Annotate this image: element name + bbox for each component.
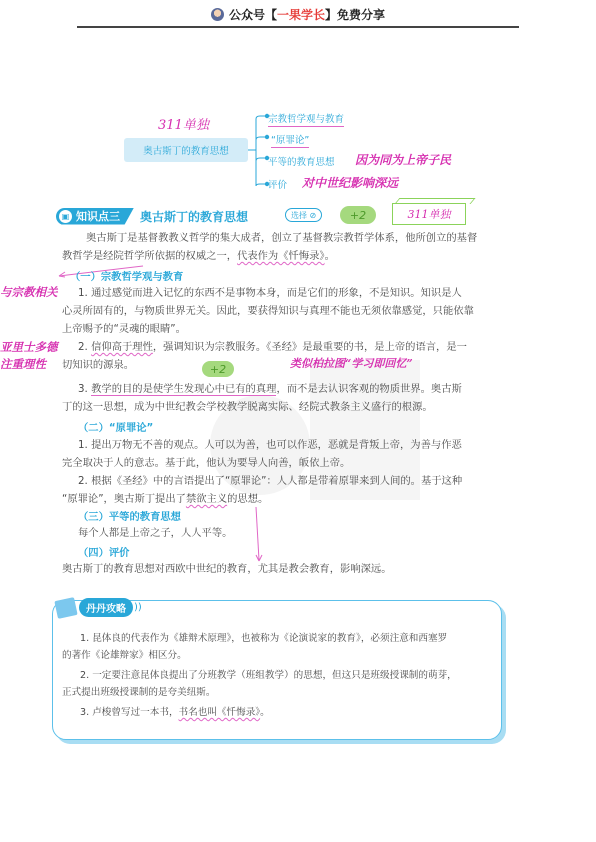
p2-rest: ，强调知识为宗教服务。《圣经》是最重要的书，是上帝的语言，是一: [153, 341, 467, 353]
arrow-down-annotation: [252, 505, 264, 565]
tip-1-line1: 1. 昆体良的代表作为《雄辩术原理》，也被称为《论演说家的教育》，必须注意和西塞…: [80, 630, 447, 647]
inline-note-plato: 类似柏拉图“学习即回忆”: [290, 355, 413, 371]
sub2-end: 的思想。: [227, 493, 268, 505]
signal-icon: )): [134, 602, 142, 613]
mindmap-branch-3: 平等的教育思想: [268, 154, 335, 168]
intro-line-1: 奥古斯丁是基督教教义哲学的集大成者，创立了基督教宗教哲学体系，他所创立的基督: [86, 229, 477, 247]
mindmap-branch-2: “原罪论”: [271, 132, 309, 148]
mindmap-branch-1: 宗教哲学观与教育: [268, 111, 344, 127]
question-type-tag: 选择 ⊘: [285, 208, 322, 222]
p2-num: 2.: [78, 341, 91, 353]
tip-2-line1: 2. 一定要注意昆体良提出了分班教学（班组教学）的思想，但这只是班级授课制的萌芽…: [80, 667, 457, 684]
margin-note-reason: 注重理性: [0, 356, 46, 372]
intro-text: 教哲学是经院哲学所依据的权威之一，: [62, 250, 237, 262]
tip-1-line2: 的著作《论雄辩家》相区分。: [62, 647, 187, 664]
subsection-4-title: （四）评价: [78, 544, 129, 559]
notepad-icon: [54, 597, 77, 619]
intro-end: 。: [325, 250, 335, 262]
margin-note-religion: 与宗教相关: [0, 284, 58, 300]
intro-line-2: 教哲学是经院哲学所依据的权威之一，代表作为《忏悔录》。: [62, 247, 335, 265]
tip-3: 3. 卢梭曾写过一本书，书名也叫《忏悔录》。: [80, 704, 270, 721]
page-header: 公众号【一果学长】免费分享: [0, 4, 596, 24]
sub2-text: “原罪论”，奥古斯丁提出了: [62, 493, 186, 505]
header-divider: [77, 26, 519, 28]
subsection-1-title: （一）宗教哲学观与教育: [70, 268, 183, 283]
sub2-p2-line1: 2. 根据《圣经》中的言语提出了“原罪论”：人人都是带着原罪来到人间的。基于这种: [78, 472, 462, 490]
sub2-p2-line2: “原罪论”，奥古斯丁提出了禁欲主义的思想。: [62, 490, 268, 508]
sub1-p3-line2: 丁的这一思想，成为中世纪教会学校教学脱离实际、经院式教条主义盛行的根源。: [62, 398, 433, 416]
sub1-p2-line2: 切知识的源泉。: [62, 356, 134, 374]
p3-highlight: 教学的目的是使学生发现心中已有的真理: [91, 383, 276, 396]
sub2-p1-line1: 1. 提出万物无不善的观点。人可以为善，也可以作恶，恶就是背叛上帝，为善与作恶: [78, 436, 462, 454]
score-badge: +2: [340, 206, 376, 224]
tips-header: 丹丹攻略 )): [56, 598, 142, 617]
section-badge: ▣ 知识点三: [56, 208, 134, 225]
sub4-p1: 奥古斯丁的教育思想对西欧中世纪的教育，尤其是教会教育，影响深远。: [62, 560, 392, 578]
header-brand: 一果学长: [277, 6, 325, 23]
p2-highlight: 信仰高于理性: [91, 341, 153, 353]
tip-2-line2: 正式提出班级授课制的是夸美纽斯。: [62, 684, 216, 701]
intro-highlight: 代表作为《忏悔录》: [237, 250, 325, 262]
section-badge-label: 知识点三: [76, 208, 120, 224]
sub1-p1-line1: 1. 通过感觉而进入记忆的东西不是事物本身，而是它们的形象，不是知识。知识是人: [78, 284, 462, 302]
tag-label: 选择: [291, 210, 307, 221]
subsection-3-title: （三）平等的教育思想: [78, 508, 181, 523]
tip3-text: 3. 卢梭曾写过一本书，: [80, 707, 179, 718]
header-prefix: 公众号【: [229, 6, 277, 23]
book-icon: ▣: [59, 210, 72, 223]
mindmap-note-4: 对中世纪影响深远: [302, 174, 398, 191]
header-suffix: 】免费分享: [325, 6, 385, 23]
subsection-2-title: （二）“原罪论”: [78, 419, 153, 434]
sub3-p1: 每个人都是上帝之子，人人平等。: [78, 524, 232, 542]
sub1-p3-line1: 3. 教学的目的是使学生发现心中已有的真理，而不是去认识客观的物质世界。奥古斯: [78, 380, 462, 398]
mindmap-annotation-top: 311单独: [158, 114, 209, 133]
avatar-icon: [211, 8, 224, 21]
p3-rest: ，而不是去认识客观的物质世界。奥古斯: [276, 383, 461, 395]
sub2-p1-line2: 完全取决于人的意志。基于此，他认为要导人向善，皈依上帝。: [62, 454, 350, 472]
tip3-highlight: 书名也叫《忏悔录》: [179, 707, 261, 718]
mindmap-root: 奥古斯丁的教育思想: [124, 138, 248, 162]
score-badge-2: +2: [202, 361, 234, 377]
tip3-end: 。: [260, 707, 270, 718]
mindmap-connector: [248, 113, 270, 193]
margin-note-aristotle: 亚里士多德: [0, 339, 58, 355]
p3-num: 3.: [78, 383, 91, 395]
section-title: ▣ 知识点三 奥古斯丁的教育思想: [56, 206, 248, 226]
link-icon: ⊘: [310, 211, 317, 220]
sub1-p1-line3: 上帝赐予的“灵魂的眼睛”。: [62, 320, 186, 338]
section-name: 奥古斯丁的教育思想: [140, 208, 248, 225]
sub1-p2-line1: 2. 信仰高于理性，强调知识为宗教服务。《圣经》是最重要的书，是上帝的语言，是一: [78, 338, 467, 356]
mindmap-note-3: 因为同为上帝子民: [355, 151, 451, 168]
handwritten-box-note: 311单独: [392, 203, 466, 225]
mindmap-branch-4: 评价: [268, 177, 287, 191]
tips-title: 丹丹攻略: [79, 598, 133, 617]
sub2-highlight: 禁欲主义: [186, 493, 227, 505]
sub1-p1-line2: 心灵所固有的，与物质世界无关。因此，要获得知识与真理不能也无须依靠感觉，只能依靠: [62, 302, 474, 320]
